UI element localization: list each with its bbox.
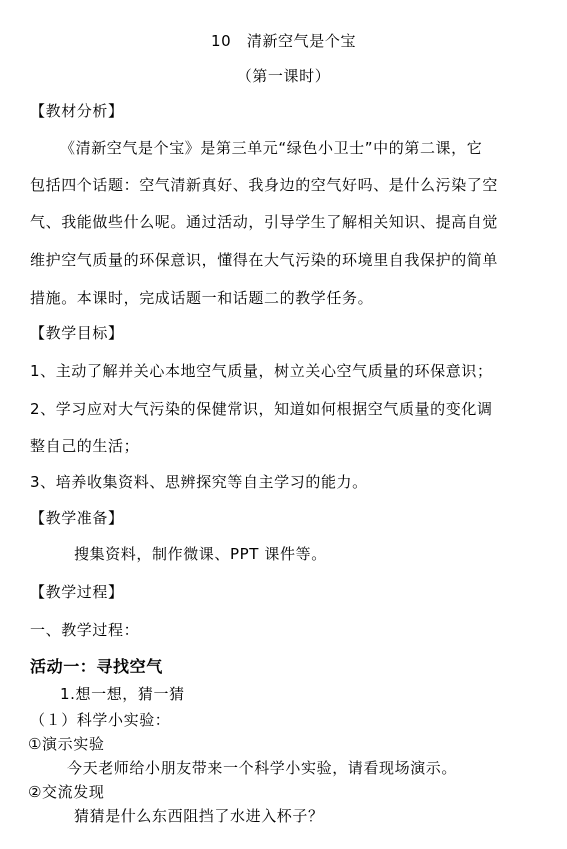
analysis-paragraph-line: 《清新空气是个宝》是第三单元“绿色小卫士”中的第二课，它 — [60, 138, 482, 158]
process-heading: 【教学过程】 — [30, 582, 124, 602]
preparation-heading: 【教学准备】 — [30, 508, 124, 528]
discuss-title: ②交流发现 — [28, 782, 104, 802]
analysis-paragraph-line: 措施。本课时，完成话题一和话题二的教学任务。 — [30, 288, 373, 308]
analysis-paragraph-line: 包括四个话题：空气清新真好、我身边的空气好吗、是什么污染了空 — [30, 175, 498, 195]
analysis-heading: 【教材分析】 — [30, 101, 124, 121]
document-title: 10 清新空气是个宝 — [0, 31, 567, 51]
preparation-text: 搜集资料，制作微课、PPT 课件等。 — [74, 544, 327, 564]
goal-item: 1、主动了解并关心本地空气质量，树立关心空气质量的环保意识； — [30, 361, 493, 381]
demo-text: 今天老师给小朋友带来一个科学小实验，请看现场演示。 — [67, 758, 457, 778]
sub-title: 1.想一想，猜一猜 — [60, 684, 185, 704]
discuss-text: 猜猜是什么东西阻挡了水进入杯子？ — [74, 806, 324, 826]
activity-title: 活动一：寻找空气 — [30, 657, 163, 677]
analysis-paragraph-line: 维护空气质量的环保意识，懂得在大气污染的环境里自我保护的简单 — [30, 250, 498, 270]
analysis-paragraph-line: 气、我能做些什么呢。通过活动，引导学生了解相关知识、提高自觉 — [30, 212, 498, 232]
goal-item: 整自己的生活； — [30, 436, 139, 456]
demo-title: ①演示实验 — [28, 734, 104, 754]
document-subtitle: （第一课时） — [0, 66, 567, 86]
goals-heading: 【教学目标】 — [30, 323, 124, 343]
process-step-title: 一、教学过程： — [30, 620, 139, 640]
goal-item: 2、学习应对大气污染的保健常识，知道如何根据空气质量的变化调 — [30, 399, 493, 419]
goal-item: 3、培养收集资料、思辨探究等自主学习的能力。 — [30, 472, 368, 492]
experiment-title: （１）科学小实验： — [30, 710, 170, 730]
